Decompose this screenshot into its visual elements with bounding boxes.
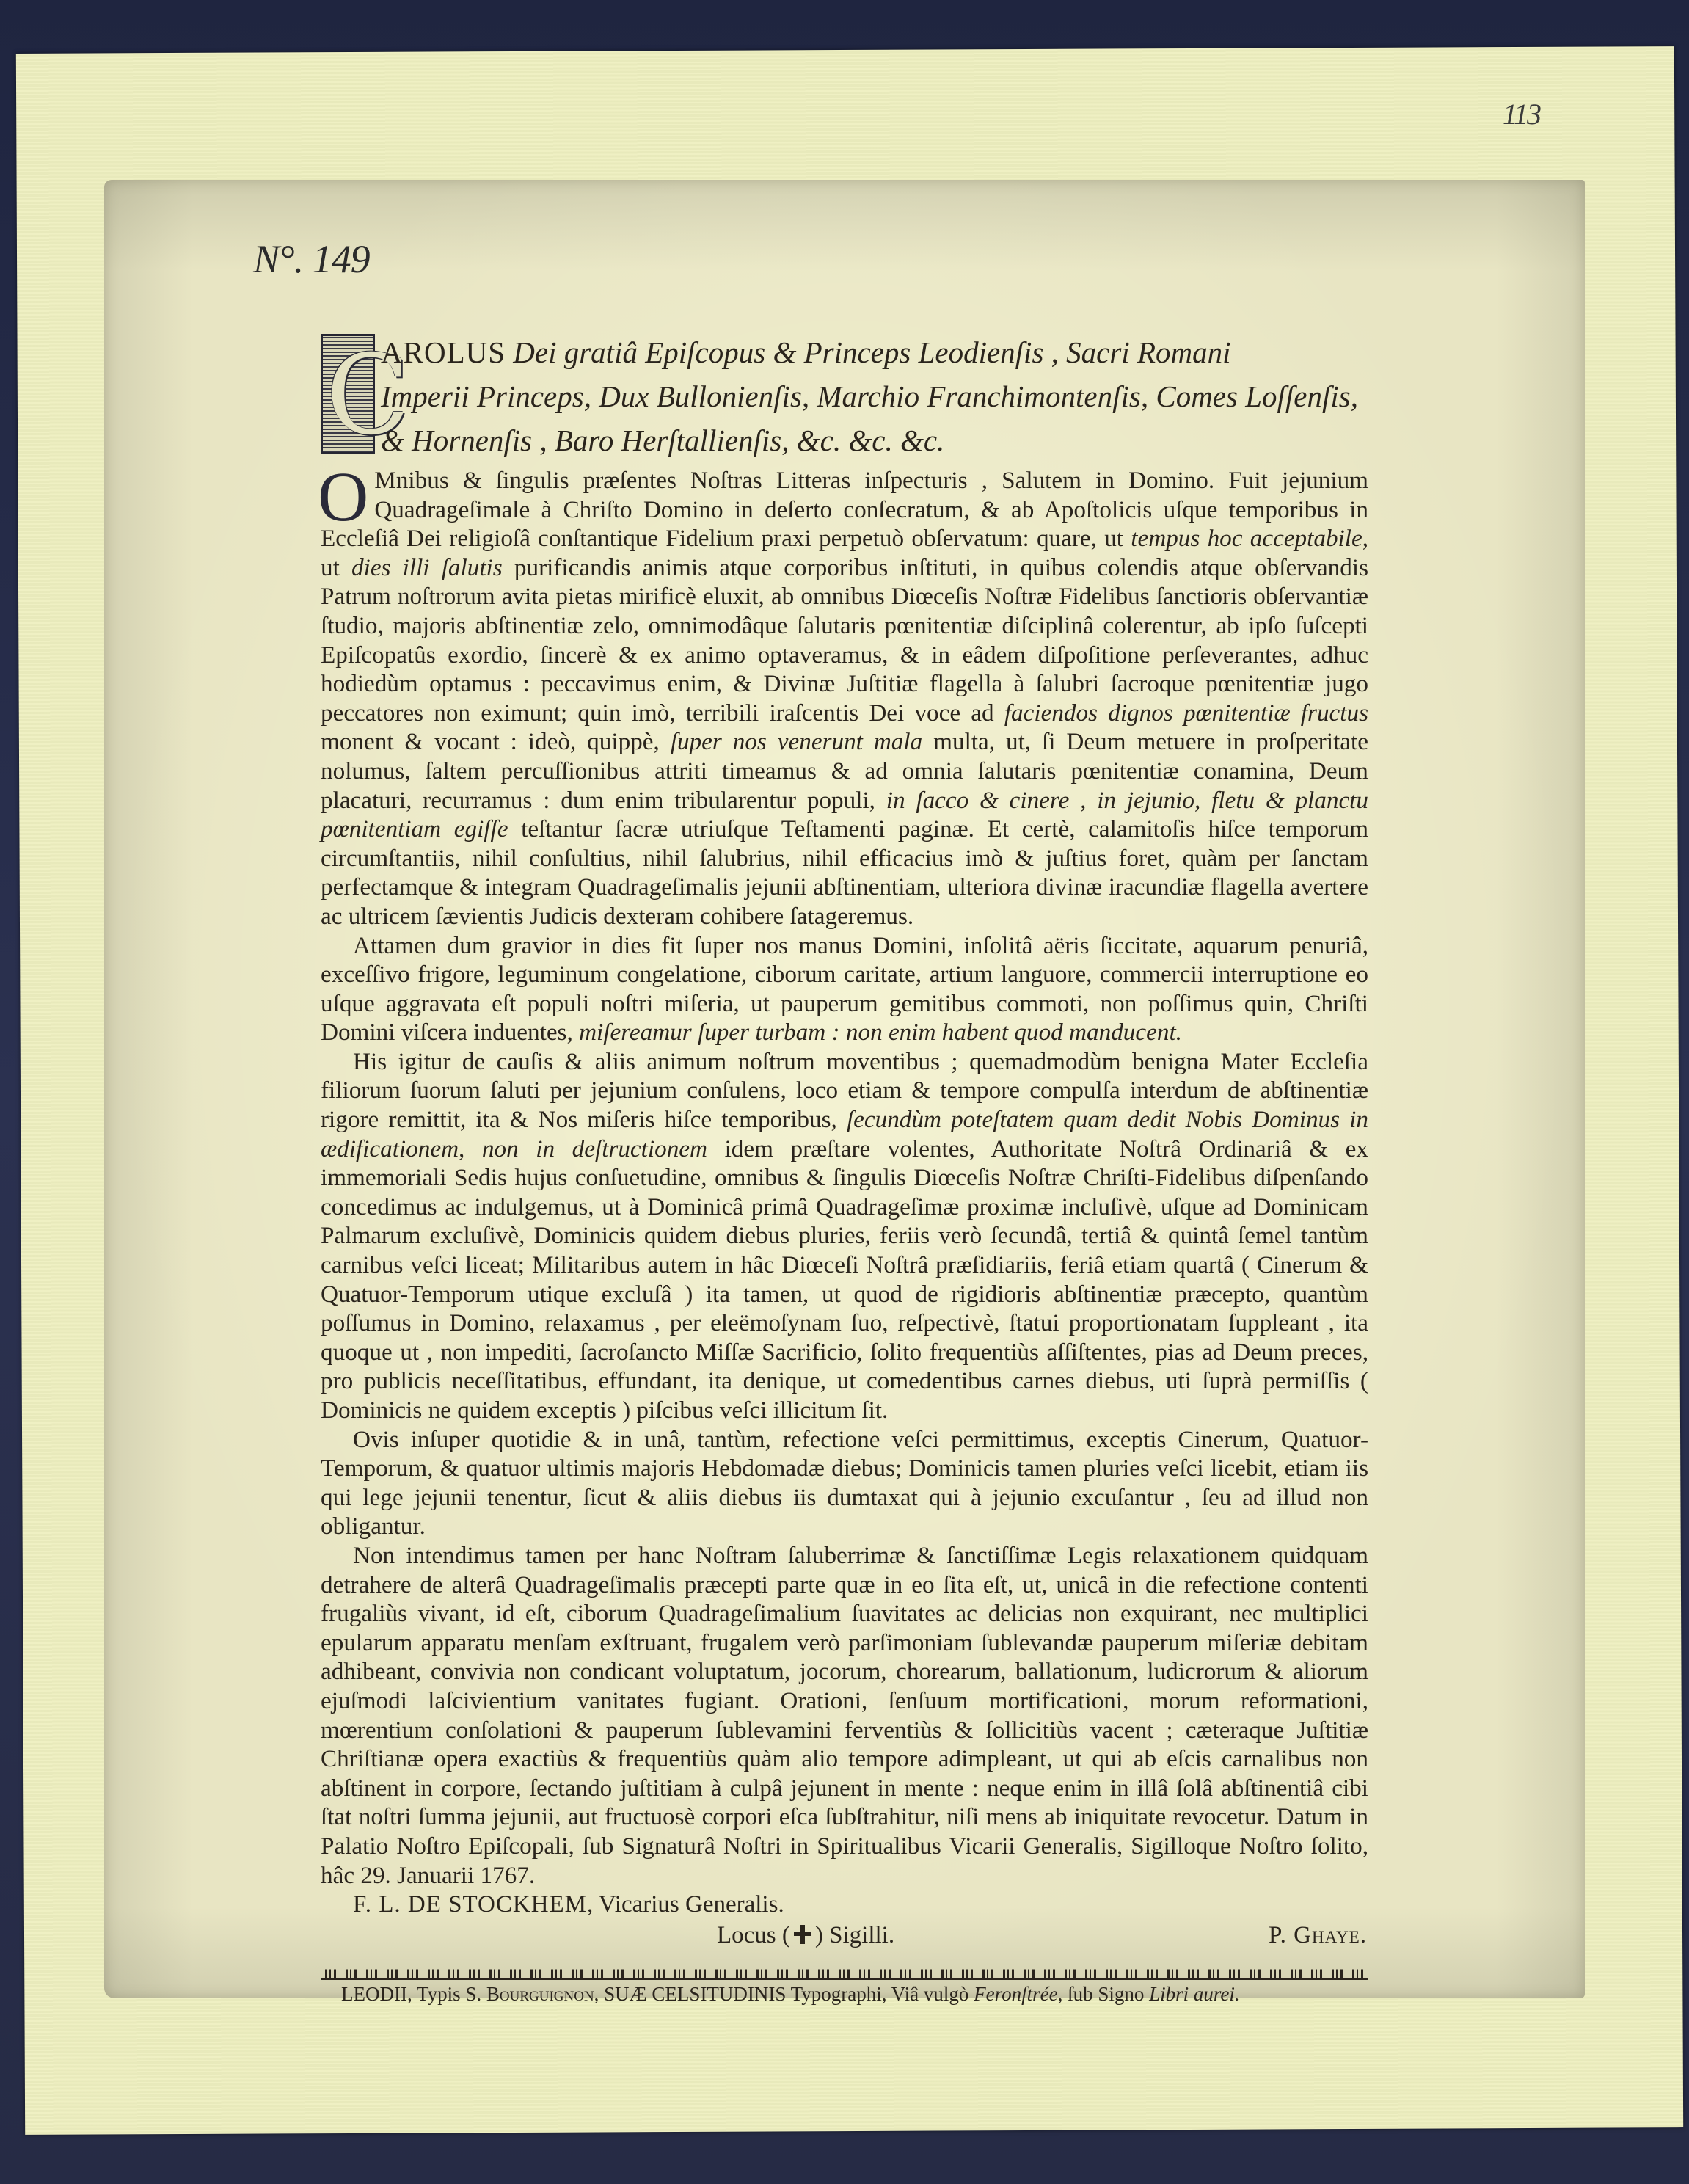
decree-body: OMnibus & ſingulis præſentes Noſtras Lit… bbox=[321, 466, 1368, 1890]
decorated-initial-icon: C bbox=[321, 334, 375, 454]
seal-place: Locus () Sigilli. bbox=[717, 1919, 894, 1951]
vicar-signature: F. L. DE STOCKHEM, Vicarius Generalis. bbox=[321, 1890, 1368, 1919]
document-number: N°. 149 bbox=[253, 236, 370, 282]
title-styles: Dei gratiâ Epiſcopus & Princeps Leodienſ… bbox=[513, 335, 1230, 369]
imprint-sign-name: Libri aurei. bbox=[1149, 1983, 1240, 2005]
drop-initial: O bbox=[318, 469, 368, 525]
imprint-city: LEODII bbox=[341, 1983, 407, 2005]
decree-header: C AROLUS Dei gratiâ Epiſcopus & Princeps… bbox=[321, 330, 1368, 466]
vicar-title: , Vicarius Generalis. bbox=[587, 1891, 784, 1918]
text-segment: idem præſtare volentes, Authoritate Noſt… bbox=[321, 1135, 1368, 1424]
title-block: AROLUS Dei gratiâ Epiſcopus & Princeps L… bbox=[381, 330, 1371, 462]
italic-phrase: faciendos dignos pœnitentiæ fructus bbox=[1004, 699, 1368, 727]
decree-paragraph: Non intendimus tamen per hanc Noſtram ſa… bbox=[321, 1541, 1368, 1890]
text-segment: Non intendimus tamen per hanc Noſtram ſa… bbox=[321, 1542, 1368, 1889]
title-line-1-text: AROLUS Dei gratiâ Epiſcopus & Princeps L… bbox=[381, 330, 1231, 374]
decree-paragraph: His igitur de cauſis & aliis animum noſt… bbox=[321, 1047, 1368, 1425]
italic-phrase: ſuper nos venerunt mala bbox=[671, 728, 922, 755]
text-segment: Ovis inſuper quotidie & in unâ, tantùm, … bbox=[321, 1426, 1368, 1540]
fleuron-border-divider bbox=[321, 1965, 1368, 1980]
decree-paragraph: Ovis inſuper quotidie & in unâ, tantùm, … bbox=[321, 1425, 1368, 1541]
title-line-3: & Hornenſis , Baro Herſtallienſis, &c. &… bbox=[381, 418, 1371, 462]
title-line-3-text: & Hornenſis , Baro Herſtallienſis, &c. &… bbox=[381, 418, 944, 462]
title-line-2-text: Imperii Princeps, Dux Bullonienſis, Marc… bbox=[381, 374, 1358, 418]
sigilli-label: ) Sigilli. bbox=[815, 1922, 894, 1948]
imprint-street: Feronſtrée bbox=[974, 1983, 1057, 2005]
printer-imprint: LEODII, Typis S. Bourguignon, SUÆ CELSIT… bbox=[321, 1980, 1368, 2008]
title-line-2: Imperii Princeps, Dux Bullonienſis, Marc… bbox=[381, 374, 1371, 418]
locus-label: Locus ( bbox=[717, 1922, 790, 1948]
title-name: AROLUS bbox=[381, 335, 506, 369]
imprint-typis: , Typis bbox=[407, 1983, 465, 2005]
vicar-name: F. L. DE STOCKHEM bbox=[353, 1891, 587, 1918]
italic-phrase: miſereamur ſuper turbam : non enim haben… bbox=[579, 1019, 1182, 1046]
cross-seal-icon bbox=[793, 1923, 812, 1945]
imprint-printer: S. Bourguignon bbox=[465, 1983, 594, 2005]
decree-paragraph: Attamen dum gravior in dies fit ſuper no… bbox=[321, 931, 1368, 1047]
imprint-title: , SUÆ CELSITUDINIS Typographi, Viâ vulgò bbox=[594, 1983, 974, 2005]
decree-paragraph: OMnibus & ſingulis præſentes Noſtras Lit… bbox=[321, 466, 1368, 931]
imprint-sign-prefix: , ſub Signo bbox=[1058, 1983, 1150, 2005]
folio-number: 113 bbox=[1503, 97, 1540, 131]
decree-content: C AROLUS Dei gratiâ Epiſcopus & Princeps… bbox=[321, 330, 1368, 2008]
seal-line: Locus () Sigilli. P. Ghaye. bbox=[321, 1919, 1368, 1951]
secretary-signature: P. Ghaye. bbox=[1269, 1919, 1367, 1951]
italic-phrase: tempus hoc acceptabile bbox=[1131, 525, 1362, 552]
italic-phrase: dies illi ſalutis bbox=[351, 554, 503, 581]
title-line-1: AROLUS Dei gratiâ Epiſcopus & Princeps L… bbox=[381, 330, 1371, 374]
text-segment: monent & vocant : ideò, quippè, bbox=[321, 728, 671, 755]
